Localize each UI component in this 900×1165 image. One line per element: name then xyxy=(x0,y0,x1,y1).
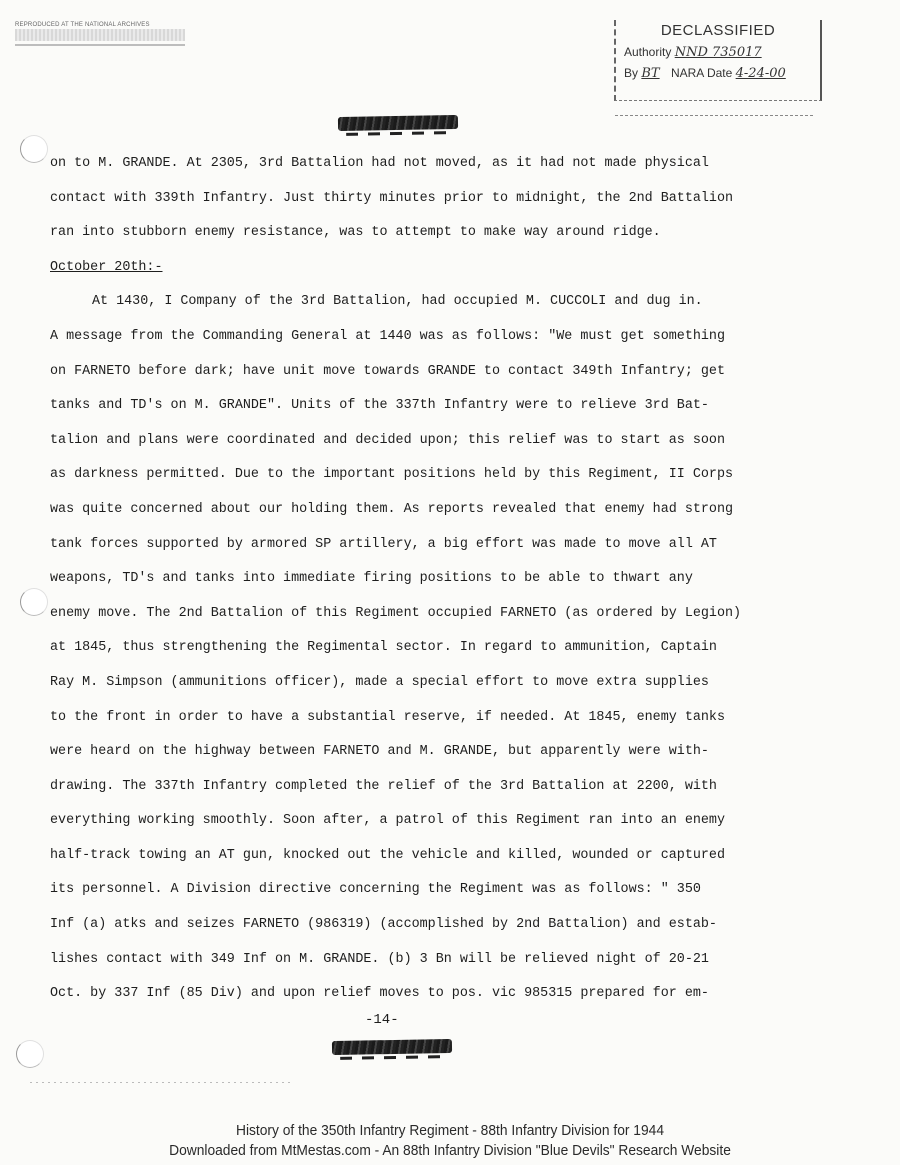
national-archives-stamp: REPRODUCED AT THE NATIONAL ARCHIVES xyxy=(15,22,185,46)
text-line: contact with 339th Infantry. Just thirty… xyxy=(50,182,810,217)
footer-source: Downloaded from MtMestas.com - An 88th I… xyxy=(36,1141,864,1161)
by-row: By BT NARA Date 4-24-00 xyxy=(624,66,820,81)
text-line: to the front in order to have a substant… xyxy=(50,701,810,736)
text-line: enemy move. The 2nd Battalion of this Re… xyxy=(50,597,810,632)
text-line: ran into stubborn enemy resistance, was … xyxy=(50,216,810,251)
scan-artifact-line xyxy=(30,1082,290,1083)
section-heading-october-20: October 20th:- xyxy=(50,260,163,275)
archive-stamp-fine-print xyxy=(15,44,185,46)
text-line: drawing. The 337th Infantry completed th… xyxy=(50,770,810,805)
text-line: half-track towing an AT gun, knocked out… xyxy=(50,839,810,874)
text-line: tanks and TD's on M. GRANDE". Units of t… xyxy=(50,389,810,424)
punch-hole-bottom xyxy=(16,1040,44,1068)
footer-title: History of the 350th Infantry Regiment -… xyxy=(36,1121,864,1141)
authority-row: Authority NND 735017 xyxy=(624,45,820,60)
text-line: lishes contact with 349 Inf on M. GRANDE… xyxy=(50,943,810,978)
secret-marking-bottom xyxy=(332,1039,452,1055)
text-line: At 1430, I Company of the 3rd Battalion,… xyxy=(50,285,810,320)
website-footer: History of the 350th Infantry Regiment -… xyxy=(36,1121,864,1161)
declassified-underline xyxy=(615,115,815,116)
text-line: weapons, TD's and tanks into immediate f… xyxy=(50,562,810,597)
text-line: at 1845, thus strengthening the Regiment… xyxy=(50,631,810,666)
nara-date-value: 4-24-00 xyxy=(736,66,786,81)
text-line: Inf (a) atks and seizes FARNETO (986319)… xyxy=(50,908,810,943)
by-value: BT xyxy=(641,66,659,81)
page-number: -14- xyxy=(365,1012,399,1028)
archive-stamp-smudge xyxy=(15,29,185,41)
text-line: was quite concerned about our holding th… xyxy=(50,493,810,528)
text-line: tank forces supported by armored SP arti… xyxy=(50,528,810,563)
document-body: on to M. GRANDE. At 2305, 3rd Battalion … xyxy=(50,147,810,1012)
punch-hole-top xyxy=(20,135,48,163)
text-line: were heard on the highway between FARNET… xyxy=(50,735,810,770)
nara-date-label: NARA Date xyxy=(671,66,732,80)
text-line: everything working smoothly. Soon after,… xyxy=(50,804,810,839)
text-line: A message from the Commanding General at… xyxy=(50,320,810,355)
text-line: as darkness permitted. Due to the import… xyxy=(50,458,810,493)
declassified-stamp: DECLASSIFIED Authority NND 735017 By BT … xyxy=(614,20,822,101)
authority-value: NND 735017 xyxy=(675,45,762,60)
text-line: Ray M. Simpson (ammunitions officer), ma… xyxy=(50,666,810,701)
punch-hole-middle xyxy=(20,588,48,616)
text-line: talion and plans were coordinated and de… xyxy=(50,424,810,459)
text-line: Oct. by 337 Inf (85 Div) and upon relief… xyxy=(50,977,810,1012)
archive-stamp-label: REPRODUCED AT THE NATIONAL ARCHIVES xyxy=(15,22,185,28)
text-line: its personnel. A Division directive conc… xyxy=(50,873,810,908)
text-line: on to M. GRANDE. At 2305, 3rd Battalion … xyxy=(50,147,810,182)
text-line: on FARNETO before dark; have unit move t… xyxy=(50,355,810,390)
secret-marking-top xyxy=(338,115,458,131)
authority-label: Authority xyxy=(624,45,671,59)
declassified-title: DECLASSIFIED xyxy=(616,22,820,39)
by-label: By xyxy=(624,66,638,80)
